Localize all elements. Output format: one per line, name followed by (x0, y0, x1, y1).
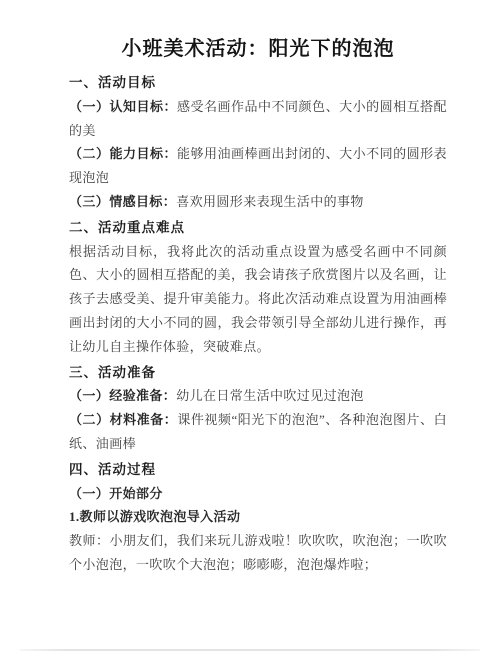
goal-item-label: （三）情感目标： (69, 194, 176, 209)
preparation-item-label: （一）经验准备： (69, 388, 176, 403)
teacher-dialogue-paragraph: 教师：小朋友们，我们来玩儿游戏啦！吹吹吹，吹泡泡；一吹吹个小泡泡，一吹吹个大泡泡… (69, 529, 447, 577)
goal-item-emotional: （三）情感目标：喜欢用圆形来表现生活中的事物 (69, 190, 447, 214)
preparation-item-text: 幼儿在日常生活中吹过见过泡泡 (176, 388, 364, 403)
preparation-item-label: （二）材料准备： (69, 412, 177, 427)
section-heading-preparation: 三、活动准备 (69, 361, 447, 385)
goal-item-label: （二）能力目标： (69, 146, 177, 161)
section-heading-key-points: 二、活动重点难点 (69, 216, 447, 240)
document-content: 小班美术活动：阳光下的泡泡 一、活动目标 （一）认知目标：感受名画作品中不同颜色… (69, 34, 447, 577)
subheading-opening-part: （一）开始部分 (69, 482, 447, 506)
goal-item-ability: （二）能力目标：能够用油画棒画出封闭的、大小不同的圆形表现泡泡 (69, 142, 447, 190)
section-heading-process: 四、活动过程 (69, 458, 447, 482)
goal-item-cognitive: （一）认知目标：感受名画作品中不同颜色、大小的圆相互搭配的美 (69, 95, 447, 143)
page-bottom-divider (20, 649, 480, 651)
preparation-item-materials: （二）材料准备：课件视频“阳光下的泡泡”、各种泡泡图片、白纸、油画棒 (69, 408, 447, 456)
key-points-paragraph: 根据活动目标，我将此次的活动重点设置为感受名画中不同颜色、大小的圆相互搭配的美，… (69, 240, 447, 359)
section-heading-activity-goals: 一、活动目标 (69, 71, 447, 95)
document-title: 小班美术活动：阳光下的泡泡 (69, 34, 447, 64)
preparation-item-experience: （一）经验准备：幼儿在日常生活中吹过见过泡泡 (69, 384, 447, 408)
goal-item-label: （一）认知目标： (69, 99, 177, 114)
subheading-game-intro: 1.教师以游戏吹泡泡导入活动 (69, 505, 447, 529)
goal-item-text: 喜欢用圆形来表现生活中的事物 (176, 194, 364, 209)
document-page: 小班美术活动：阳光下的泡泡 一、活动目标 （一）认知目标：感受名画作品中不同颜色… (0, 0, 500, 667)
